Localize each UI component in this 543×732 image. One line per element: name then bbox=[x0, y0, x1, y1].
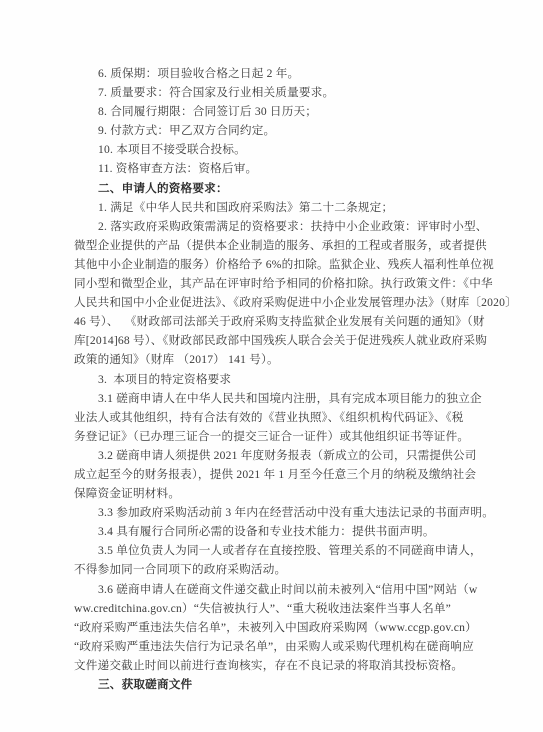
text-line: 9. 付款方式：甲乙双方合同约定。 bbox=[74, 121, 498, 140]
text-line: 1. 满足《中华人民共和国政府采购法》第二十二条规定； bbox=[74, 198, 498, 217]
text-line: 3.4 具有履行合同所必需的设备和专业技术能力：提供书面声明。 bbox=[74, 522, 498, 541]
text-line: 同小型和微型企业，其产品在评审时给予相同的价格扣除。执行政策文件：《中华 bbox=[74, 274, 498, 293]
text-line: 微型企业提供的产品（提供本企业制造的服务、承担的工程或者服务，或者提供 bbox=[74, 236, 498, 255]
text-line: 其他中小企业制造的服务）价格给予 6%的扣除。监狱企业、残疾人福利性单位视 bbox=[74, 255, 498, 274]
section-heading: 二、申请人的资格要求： bbox=[74, 179, 498, 198]
document-body: 6. 质保期：项目验收合格之日起 2 年。7. 质量要求：符合国家及行业相关质量… bbox=[74, 64, 498, 694]
text-line: 2. 落实政府采购政策需满足的资格要求：扶持中小企业政策：评审时小型、 bbox=[74, 217, 498, 236]
text-line: 6. 质保期：项目验收合格之日起 2 年。 bbox=[74, 64, 498, 83]
text-line: 不得参加同一合同项下的政府采购活动。 bbox=[74, 560, 498, 579]
text-line: 务登记证》（已办理三证合一的提交三证合一证件）或其他组织证书等证件。 bbox=[74, 427, 498, 446]
document-page: 6. 质保期：项目验收合格之日起 2 年。7. 质量要求：符合国家及行业相关质量… bbox=[0, 0, 543, 732]
text-line: 保障资金证明材料。 bbox=[74, 484, 498, 503]
text-line: ww.creditchina.gov.cn）“失信被执行人”、“重大税收违法案件… bbox=[74, 599, 498, 618]
text-line: 3.1 磋商申请人在中华人民共和国境内注册，具有完成本项目能力的独立企 bbox=[74, 389, 498, 408]
text-line: 3.2 磋商申请人须提供 2021 年度财务报表（新成立的公司，只需提供公司 bbox=[74, 446, 498, 465]
text-line: 3.6 磋商申请人在磋商文件递交截止时间以前未被列入“信用中国”网站（w bbox=[74, 580, 498, 599]
text-line: “政府采购严重违法失信名单”，未被列入中国政府采购网（www.ccgp.gov.… bbox=[74, 618, 498, 637]
text-line: 人民共和国中小企业促进法》、《政府采购促进中小企业发展管理办法》（财库〔2020… bbox=[74, 293, 498, 312]
text-line: 库[2014]68 号）、《财政部民政部中国残疾人联合会关于促进残疾人就业政府采… bbox=[74, 331, 498, 350]
text-line: 成立起至今的财务报表），提供 2021 年 1 月至今任意三个月的纳税及缴纳社会 bbox=[74, 465, 498, 484]
text-line: 业法人或其他组织，持有合法有效的《营业执照》、《组织机构代码证》、《税 bbox=[74, 408, 498, 427]
text-line: 3.5 单位负责人为同一人或者存在直接控股、管理关系的不同磋商申请人， bbox=[74, 541, 498, 560]
text-line: 3.3 参加政府采购活动前 3 年内在经营活动中没有重大违法记录的书面声明。 bbox=[74, 503, 498, 522]
text-line: 11. 资格审查方法：资格后审。 bbox=[74, 159, 498, 178]
text-line: 8. 合同履行期限：合同签订后 30 日历天； bbox=[74, 102, 498, 121]
text-line: 3. 本项目的特定资格要求 bbox=[74, 370, 498, 389]
text-line: “政府采购严重违法失信行为记录名单”，由采购人或采购代理机构在磋商响应 bbox=[74, 637, 498, 656]
text-line: 7. 质量要求：符合国家及行业相关质量要求。 bbox=[74, 83, 498, 102]
section-heading: 三、获取磋商文件 bbox=[74, 675, 498, 694]
text-line: 文件递交截止时间以前进行查询核实，存在不良记录的将取消其投标资格。 bbox=[74, 656, 498, 675]
text-line: 政策的通知》（财库 （2017） 141 号）。 bbox=[74, 350, 498, 369]
text-line: 46 号）、 《财政部司法部关于政府采购支持监狱企业发展有关问题的通知》（财 bbox=[74, 312, 498, 331]
text-line: 10. 本项目不接受联合投标。 bbox=[74, 140, 498, 159]
